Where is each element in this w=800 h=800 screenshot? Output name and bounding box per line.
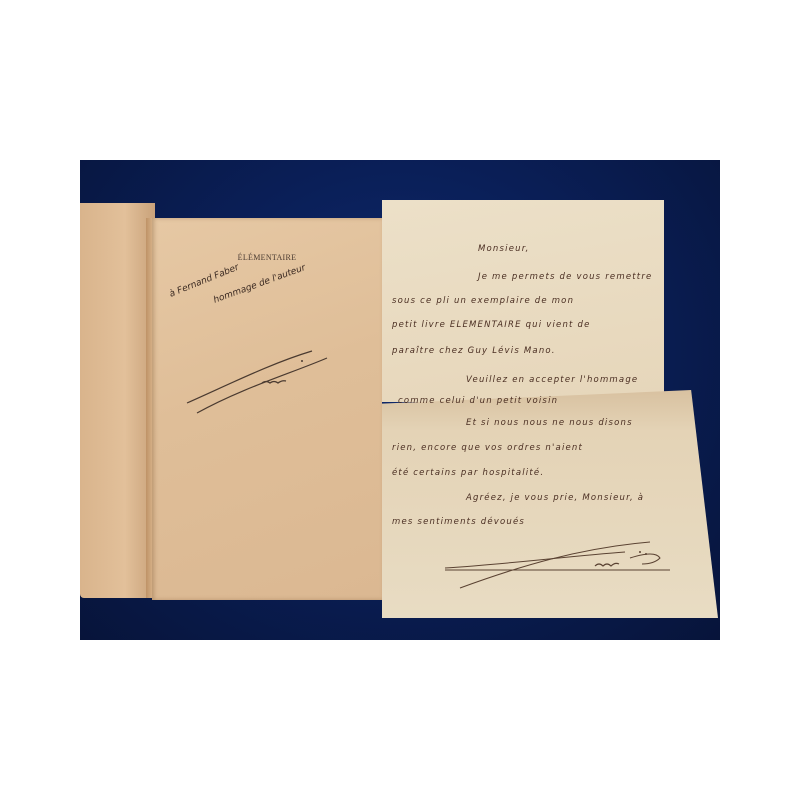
photo: ÉLÉMENTAIRE à Fernand Faber hommage de l… bbox=[80, 160, 720, 640]
letter-line: Et si nous nous ne nous disons bbox=[466, 418, 633, 428]
letter-line: rien, encore que vos ordres n'aient bbox=[392, 443, 583, 453]
signature-icon bbox=[182, 343, 332, 423]
letter-line: mes sentiments dévoués bbox=[392, 517, 525, 527]
letter-signature-icon bbox=[440, 536, 680, 606]
booklet-back-page bbox=[80, 203, 155, 598]
letter-line: Monsieur, bbox=[478, 244, 530, 254]
letter-line: Veuillez en accepter l'hommage bbox=[466, 375, 638, 385]
letter-line: sous ce pli un exemplaire de mon bbox=[392, 296, 574, 306]
letter-line: petit livre ELEMENTAIRE qui vient de bbox=[392, 320, 591, 330]
letter-line: comme celui d'un petit voisin bbox=[398, 396, 558, 406]
letter-line: Je me permets de vous remettre bbox=[478, 272, 652, 282]
letter-line: été certains par hospitalité. bbox=[392, 468, 544, 478]
letter-line: paraître chez Guy Lévis Mano. bbox=[392, 346, 556, 356]
booklet-title-page: ÉLÉMENTAIRE à Fernand Faber hommage de l… bbox=[152, 218, 382, 600]
booklet-title: ÉLÉMENTAIRE bbox=[152, 253, 382, 262]
letter-line: Agréez, je vous prie, Monsieur, à bbox=[466, 493, 644, 503]
